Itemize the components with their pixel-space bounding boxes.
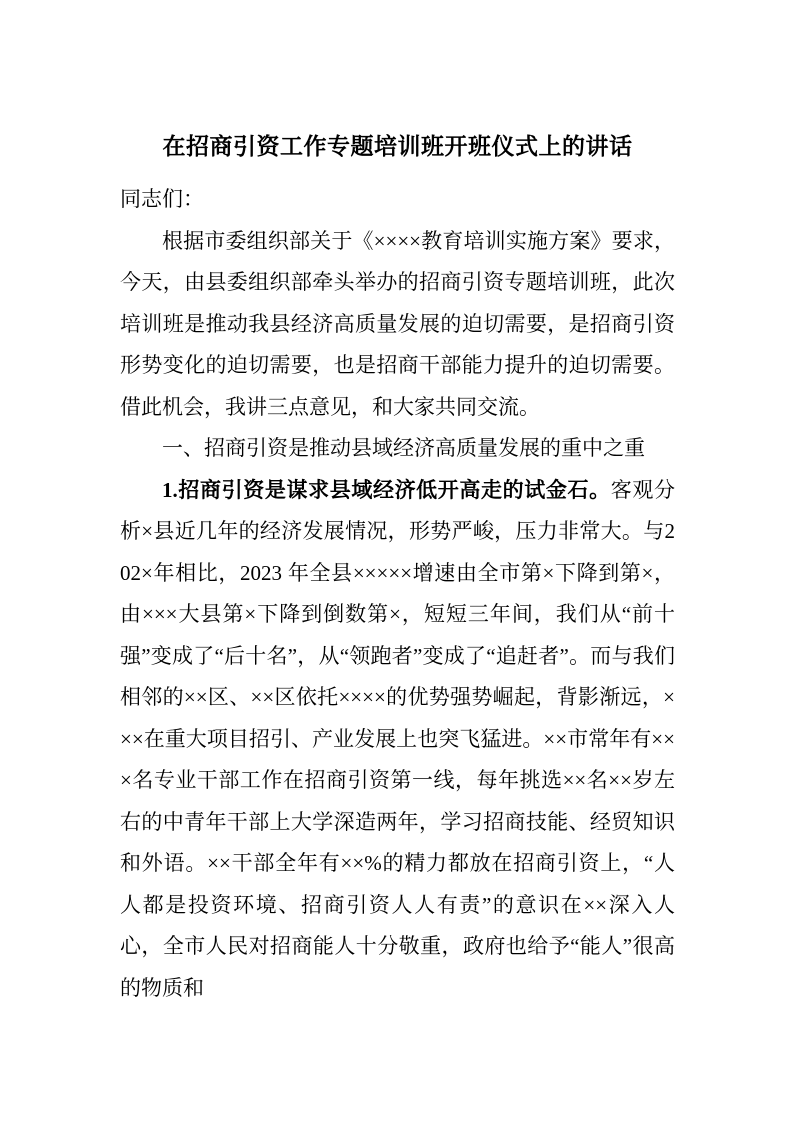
point-one-paragraph: 1.招商引资是谋求县域经济低开高走的试金石。客观分析×县近几年的经济发展情况，形… [120,470,675,1010]
point-one-body: 客观分析×县近几年的经济发展情况，形势严峻，压力非常大。与202×年相比，202… [120,478,675,1000]
section-heading-one: 一、招商引资是推动县域经济高质量发展的重中之重 [120,428,675,470]
salutation: 同志们： [120,179,675,221]
document-title: 在招商引资工作专题培训班开班仪式上的讲话 [120,126,675,168]
intro-paragraph: 根据市委组织部关于《××××教育培训实施方案》要求，今天，由县委组织部牵头举办的… [120,221,675,429]
document-page: 在招商引资工作专题培训班开班仪式上的讲话 同志们： 根据市委组织部关于《××××… [0,0,793,1122]
point-one-lead: 1.招商引资是谋求县域经济低开高走的试金石。 [162,478,611,502]
